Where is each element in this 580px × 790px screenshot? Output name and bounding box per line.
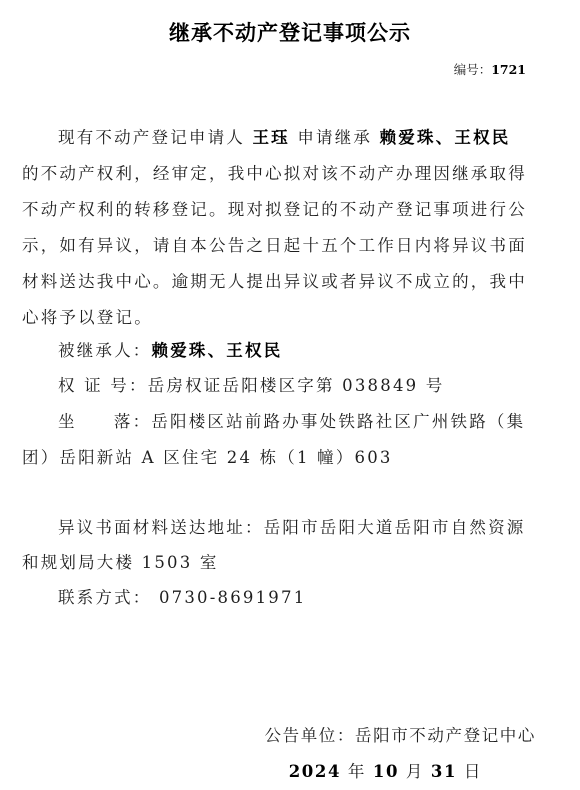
document-number: 编号：1721 bbox=[454, 60, 526, 78]
intro-middle: 申请继承 bbox=[297, 128, 372, 147]
intro-line: 示，如有异议，请自本公告之日起十五个工作日内将异议书面 bbox=[22, 232, 552, 256]
date-day: 31 bbox=[431, 762, 457, 781]
date-year: 2024 bbox=[289, 762, 341, 781]
intro-line: 材料送达我中心。逾期无人提出异议或者异议不成立的，我中 bbox=[22, 268, 552, 292]
certificate-field: 权 证 号：岳房权证岳阳楼区字第 038849 号 bbox=[58, 372, 580, 396]
objection-address: 异议书面材料送达地址：岳阳市岳阳大道岳阳市自然资源 bbox=[58, 514, 580, 538]
issuing-unit: 公告单位：岳阳市不动产登记中心 bbox=[265, 722, 537, 746]
location-value-continued: 团）岳阳新站 A 区住宅 24 栋（1 幢）603 bbox=[22, 444, 552, 468]
decedent-field: 被继承人：赖爱珠、王权民 bbox=[58, 337, 580, 361]
decedent-value: 赖爱珠、王权民 bbox=[152, 341, 283, 360]
date-year-unit: 年 bbox=[348, 762, 366, 781]
issuing-unit-value: 岳阳市不动产登记中心 bbox=[355, 726, 536, 745]
issuing-unit-label: 公告单位： bbox=[265, 726, 356, 745]
date-day-unit: 日 bbox=[464, 762, 482, 781]
date-month-unit: 月 bbox=[406, 762, 424, 781]
location-label: 坐 落： bbox=[58, 412, 151, 431]
applicant-name: 王珏 bbox=[252, 128, 289, 147]
issue-date: 2024 年 10 月 31 日 bbox=[289, 758, 482, 782]
certificate-label: 权 证 号： bbox=[58, 376, 148, 395]
document-title: 继承不动产登记事项公示 bbox=[0, 17, 580, 47]
document-number-label: 编号： bbox=[454, 62, 492, 77]
contact-phone: 0730-8691971 bbox=[159, 588, 306, 607]
objection-address-continued: 和规划局大楼 1503 室 bbox=[22, 549, 552, 573]
intro-line: 不动产权利的转移登记。现对拟登记的不动产登记事项进行公 bbox=[22, 196, 552, 220]
intro-line: 的不动产权利，经审定，我中心拟对该不动产办理因继承取得 bbox=[22, 160, 552, 184]
location-field: 坐 落：岳阳楼区站前路办事处铁路社区广州铁路（集 bbox=[58, 408, 580, 432]
certificate-value: 岳房权证岳阳楼区字第 038849 号 bbox=[148, 376, 445, 395]
contact-label: 联系方式： bbox=[58, 588, 152, 607]
decedent-names: 赖爱珠、王权民 bbox=[380, 128, 511, 147]
intro-prefix: 现有不动产登记申请人 bbox=[58, 128, 245, 147]
contact-field: 联系方式： 0730-8691971 bbox=[58, 584, 580, 608]
location-value: 岳阳楼区站前路办事处铁路社区广州铁路（集 bbox=[151, 412, 525, 431]
intro-line: 心将予以登记。 bbox=[22, 304, 552, 328]
decedent-label: 被继承人： bbox=[58, 341, 152, 360]
date-month: 10 bbox=[373, 762, 399, 781]
document-number-value: 1721 bbox=[491, 62, 526, 77]
intro-first-line: 现有不动产登记申请人 王珏 申请继承 赖爱珠、王权民 bbox=[58, 124, 580, 148]
